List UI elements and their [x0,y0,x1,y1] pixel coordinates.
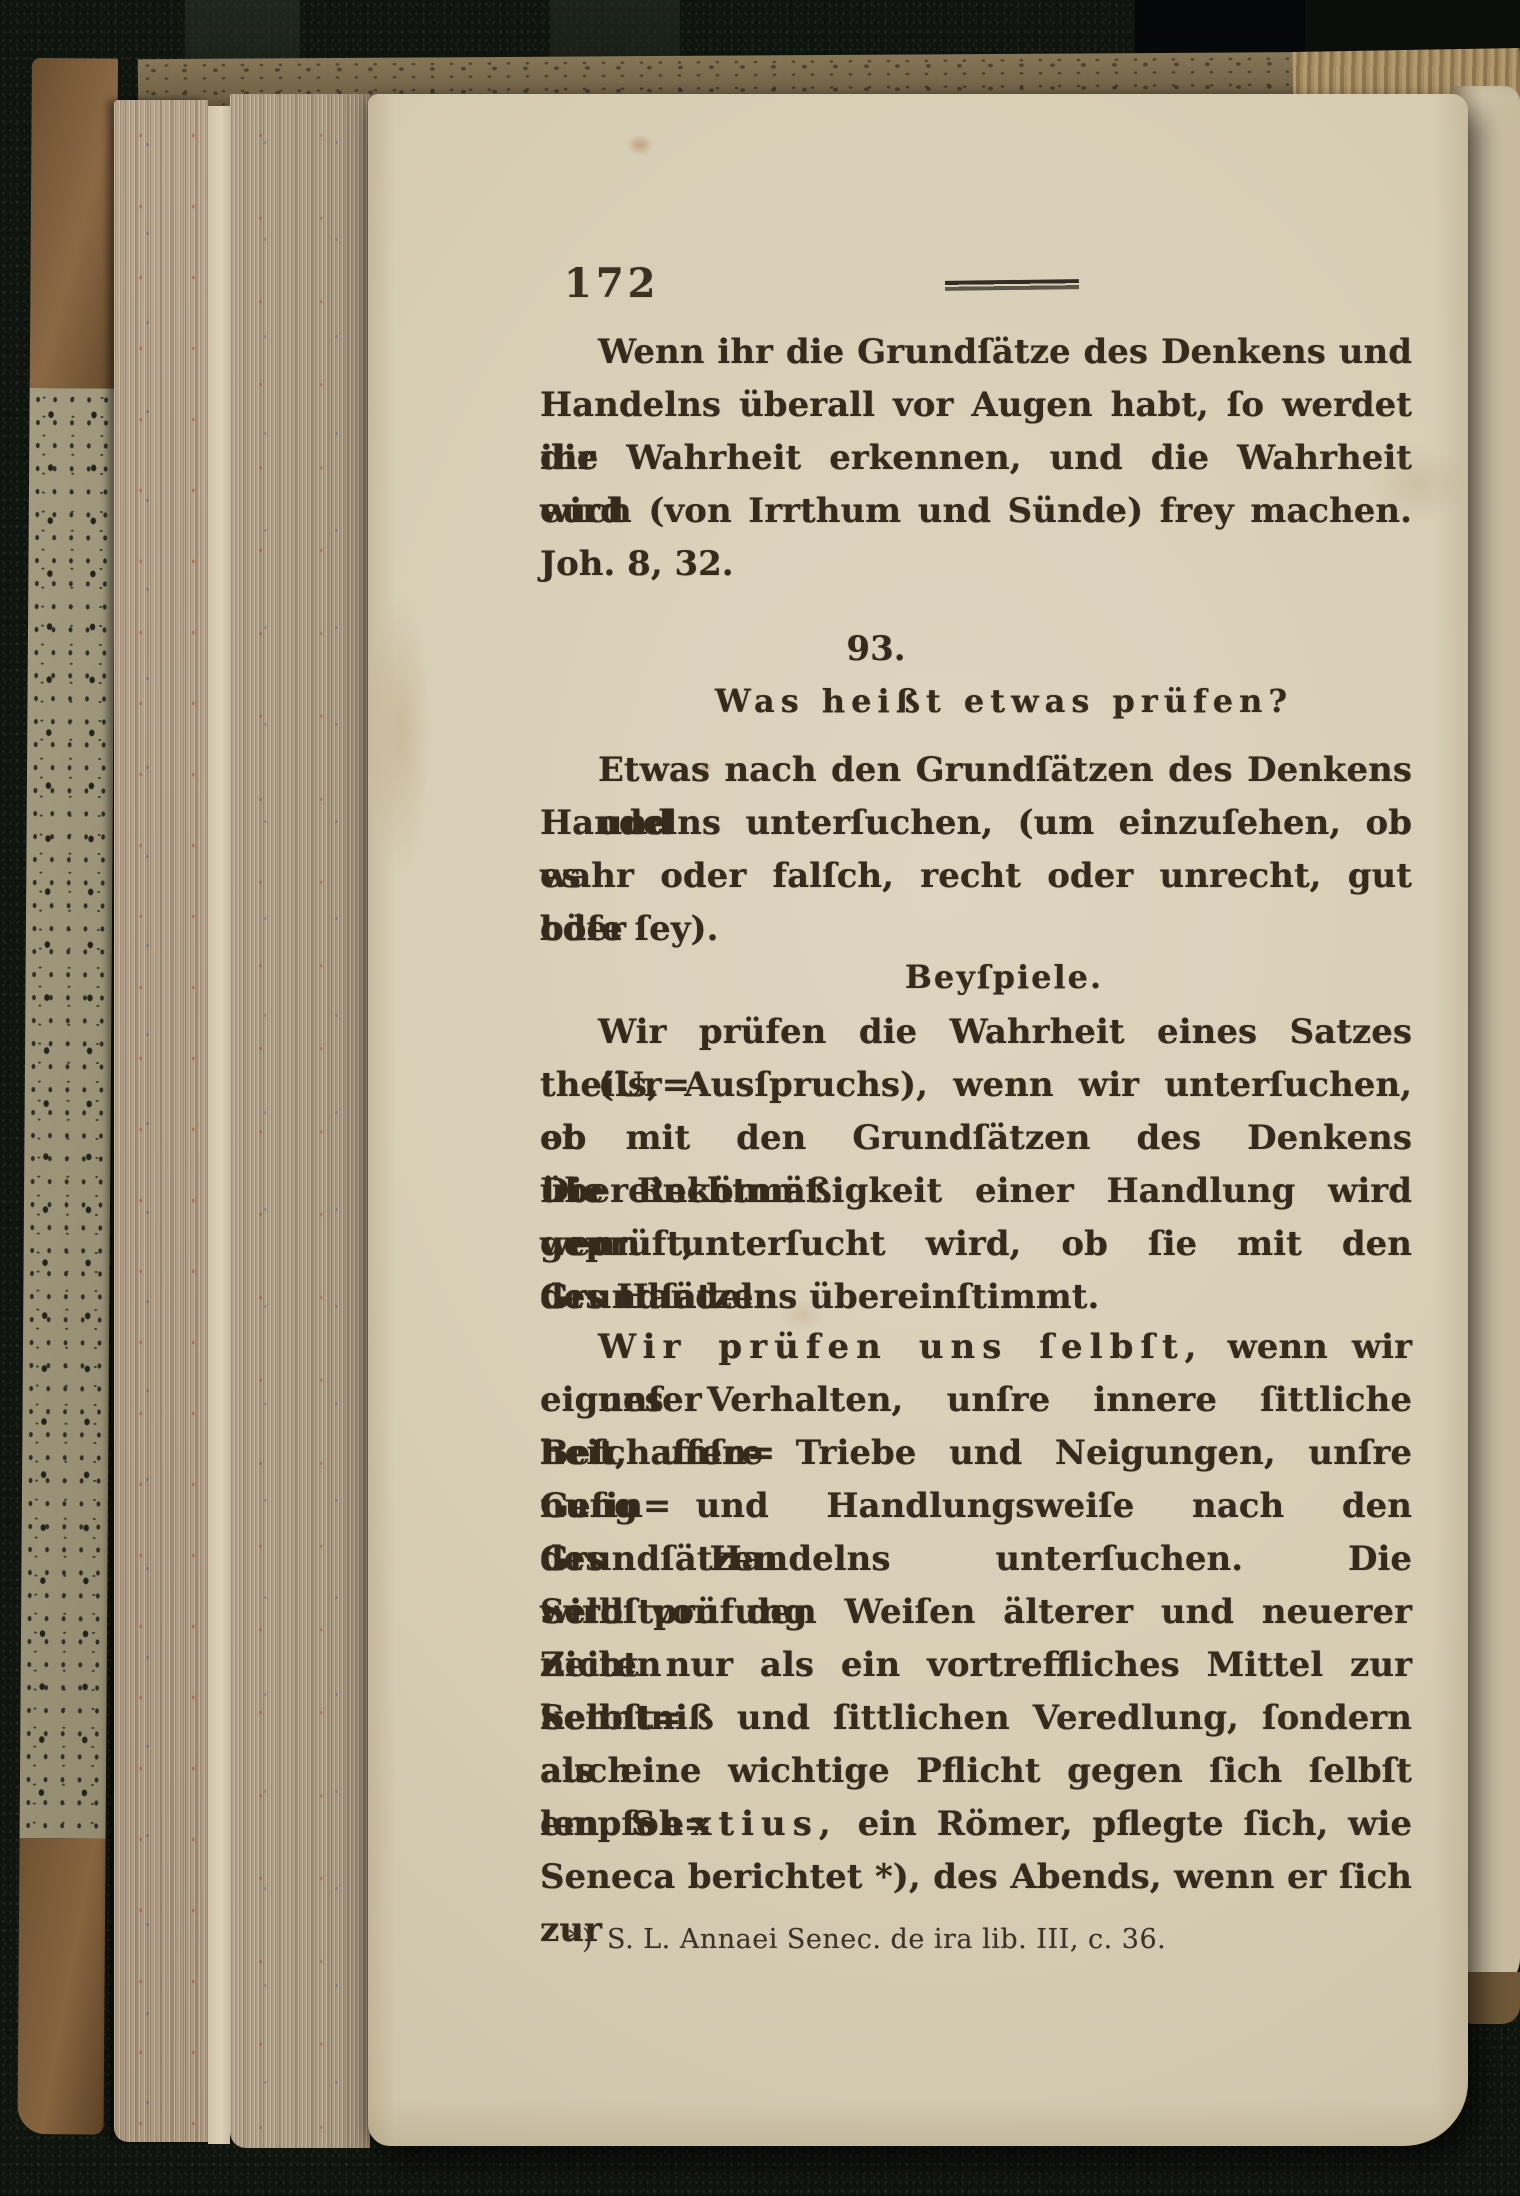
examples-paragraph: Wir prüfen die Wahrheit eines Satzes (Ur… [540,1006,1412,1324]
cover-sliver-bottom-right [1464,1972,1520,2024]
header-rule [945,279,1079,291]
footnote-text: S. L. Annaei Senec. de ira lib. III, c. … [607,1924,1166,1955]
page-stack-edges-outer [114,100,208,2142]
scripture-paragraph: Wenn ihr die Grundſätze des Denkens undH… [540,326,1412,591]
footnote-marker: *) [568,1924,593,1955]
page-stack-fore-edge [208,106,230,2144]
footnote: *)S. L. Annaei Senec. de ira lib. III, c… [568,1924,1428,1955]
section-number: 93. [440,629,1312,669]
leather-corner-bottom [18,1838,106,2135]
book-page: 172 Wenn ihr die Grundſätze des Denkens … [368,94,1468,2146]
section-title: Was heißt etwas prüfen? [568,682,1440,720]
leather-corner-top [30,58,118,389]
definition-paragraph: Etwas nach den Grundſätzen des Denkens u… [540,744,1412,956]
marbled-board-paper [20,388,116,1839]
self-examination-paragraph: Wir prüfen uns ſelbſt, wenn wir unſereig… [540,1321,1412,1904]
foxing-stain [370,594,430,874]
subheading-beispiele: Beyſpiele. [568,958,1440,996]
foxing-stain [626,134,654,156]
page-stack-edges-inner [230,94,370,2148]
page-number: 172 [564,260,660,307]
book-back-board-edge [18,58,118,2135]
